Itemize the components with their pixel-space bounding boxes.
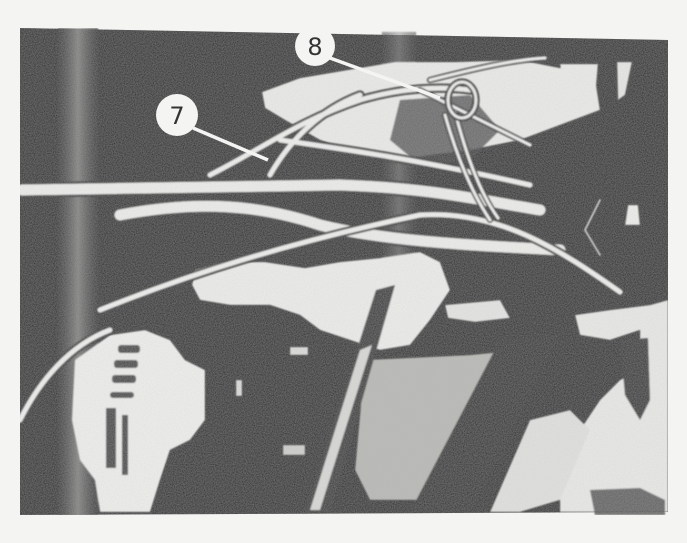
callout-number: 8 [307,33,322,61]
photo-content [20,28,668,515]
wiring-photo: 8 7 [0,0,687,543]
small-part [236,380,242,396]
small-part [283,445,305,455]
callout-number: 7 [169,102,184,130]
small-part [290,347,308,355]
